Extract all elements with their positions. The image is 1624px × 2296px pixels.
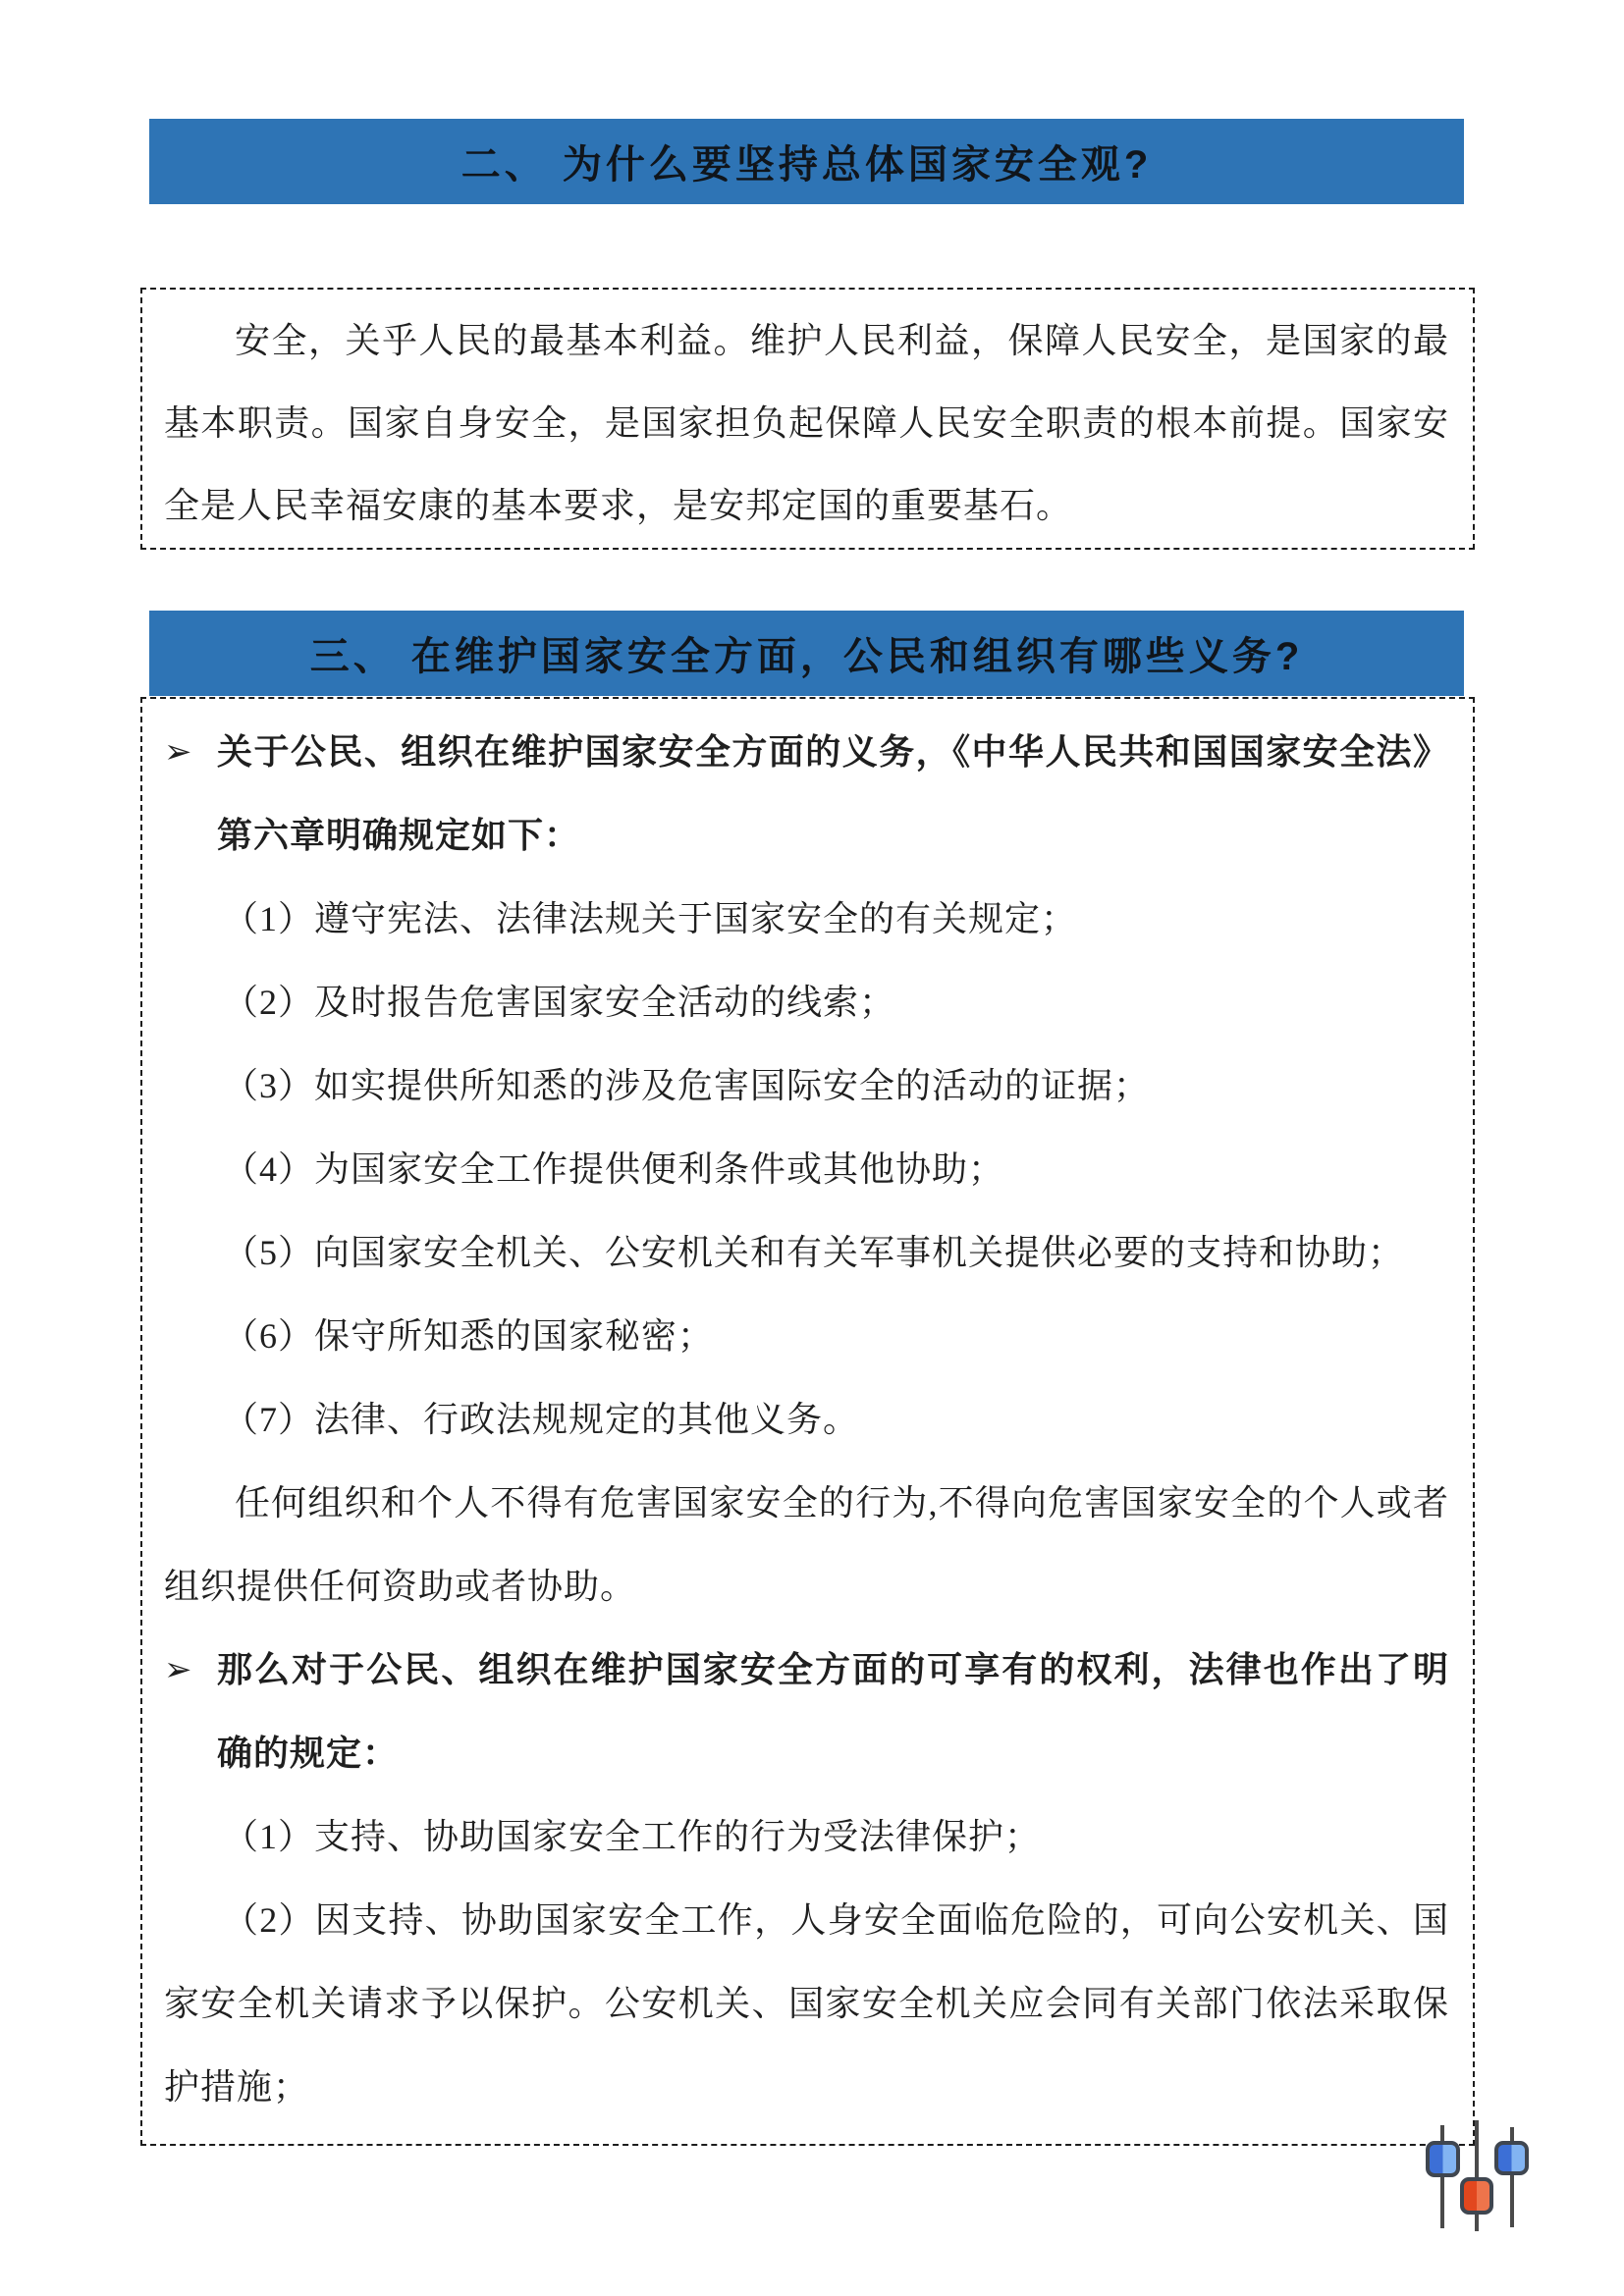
obligation-item: （2）及时报告危害国家安全活动的线索； xyxy=(164,961,1449,1044)
candle-body-orange xyxy=(1460,2177,1493,2215)
rights-lead: ➢ 那么对于公民、组织在维护国家安全方面的可享有的权利，法律也作出了明确的规定： xyxy=(164,1629,1449,1795)
candlestick-chart-icon xyxy=(1422,2118,1534,2234)
document-page: 二、 为什么要坚持总体国家安全观? 安全，关乎人民的最基本利益。维护人民利益，保… xyxy=(0,0,1624,2296)
section-2-header: 二、 为什么要坚持总体国家安全观? xyxy=(149,119,1464,204)
duties-box: ➢ 关于公民、组织在维护国家安全方面的义务，《中华人民共和国国家安全法》第六章明… xyxy=(140,697,1475,2146)
obligation-item: （6）保守所知悉的国家秘密； xyxy=(164,1295,1449,1378)
obligations-note: 任何组织和个人不得有危害国家安全的行为,不得向危害国家安全的个人或者组织提供任何… xyxy=(164,1462,1449,1629)
intro-box: 安全，关乎人民的最基本利益。维护人民利益，保障人民安全，是国家的最基本职责。国家… xyxy=(140,288,1475,550)
rights-lead-text: 那么对于公民、组织在维护国家安全方面的可享有的权利，法律也作出了明确的规定： xyxy=(217,1650,1449,1773)
rights-item: （2）因支持、协助国家安全工作，人身安全面临危险的，可向公安机关、国家安全机关请… xyxy=(164,1879,1449,2129)
candle-wick xyxy=(1475,2120,1479,2231)
obligation-item: （1）遵守宪法、法律法规关于国家安全的有关规定； xyxy=(164,878,1449,961)
candle-body-blue xyxy=(1494,2141,1529,2175)
obligations-lead-text: 关于公民、组织在维护国家安全方面的义务，《中华人民共和国国家安全法》第六章明确规… xyxy=(217,732,1449,855)
candle-body-blue xyxy=(1426,2141,1460,2177)
obligation-item: （4）为国家安全工作提供便利条件或其他协助； xyxy=(164,1128,1449,1211)
rights-item: （1）支持、协助国家安全工作的行为受法律保护； xyxy=(164,1795,1449,1879)
obligations-lead: ➢ 关于公民、组织在维护国家安全方面的义务，《中华人民共和国国家安全法》第六章明… xyxy=(164,711,1449,878)
obligation-item: （3）如实提供所知悉的涉及危害国际安全的活动的证据； xyxy=(164,1044,1449,1128)
arrow-bullet-icon: ➢ xyxy=(164,711,193,794)
section-3-header: 三、 在维护国家安全方面，公民和组织有哪些义务? xyxy=(149,611,1464,696)
arrow-bullet-icon: ➢ xyxy=(164,1629,193,1712)
obligation-item: （7）法律、行政法规规定的其他义务。 xyxy=(164,1378,1449,1462)
intro-paragraph: 安全，关乎人民的最基本利益。维护人民利益，保障人民安全，是国家的最基本职责。国家… xyxy=(164,299,1449,547)
obligation-item: （5）向国家安全机关、公安机关和有关军事机关提供必要的支持和协助； xyxy=(164,1211,1449,1295)
